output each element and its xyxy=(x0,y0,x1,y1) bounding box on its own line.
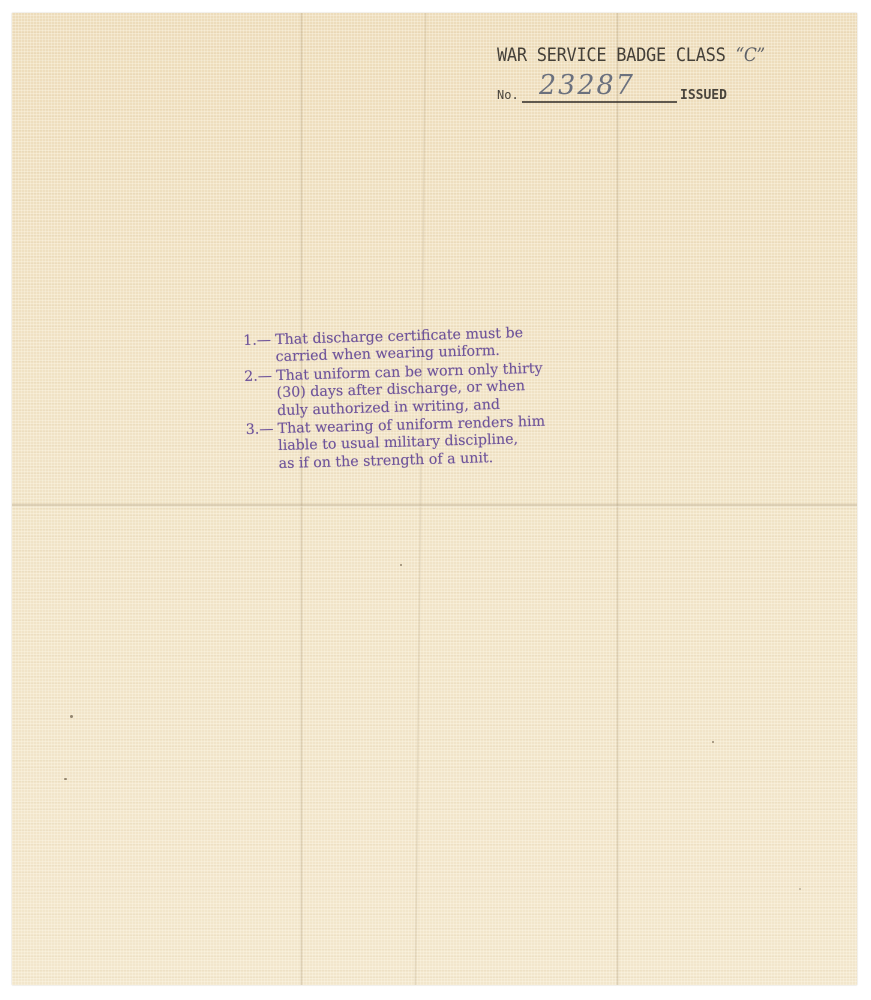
badge-number-label: No. xyxy=(497,88,519,102)
paper-speck xyxy=(712,741,714,743)
condition-number: 2.— xyxy=(244,368,277,421)
vertical-fold-center xyxy=(414,13,427,985)
condition-item-3: 3.— That wearing of uniform renders him … xyxy=(245,413,576,474)
condition-item-2: 2.— That uniform can be worn only thirty… xyxy=(244,360,575,421)
badge-title: WAR SERVICE BADGE CLASS “C” xyxy=(497,44,797,66)
document-paper xyxy=(12,13,857,985)
condition-text: That uniform can be worn only thirty (30… xyxy=(276,360,575,421)
condition-text: That wearing of uniform renders him liab… xyxy=(277,413,576,474)
badge-number-underline xyxy=(522,101,677,103)
vertical-fold-right xyxy=(616,13,619,985)
discharge-conditions-stamp: 1.— That discharge certificate must be c… xyxy=(243,324,577,475)
badge-issued-label: ISSUED xyxy=(680,88,727,103)
badge-number-line: No. 23287 ISSUED xyxy=(497,74,797,106)
badge-title-text: WAR SERVICE BADGE CLASS xyxy=(497,44,726,66)
war-service-badge-stamp: WAR SERVICE BADGE CLASS “C” No. 23287 IS… xyxy=(497,44,797,106)
paper-speck xyxy=(799,888,801,890)
condition-number: 3.— xyxy=(245,421,278,474)
badge-number-handwritten: 23287 xyxy=(539,70,635,101)
paper-speck xyxy=(400,564,402,566)
paper-speck xyxy=(64,778,67,780)
vertical-fold-left xyxy=(300,13,303,985)
paper-speck xyxy=(70,715,73,718)
condition-number: 1.— xyxy=(243,332,276,368)
badge-class-letter: “C” xyxy=(735,44,765,66)
horizontal-fold xyxy=(12,503,857,507)
